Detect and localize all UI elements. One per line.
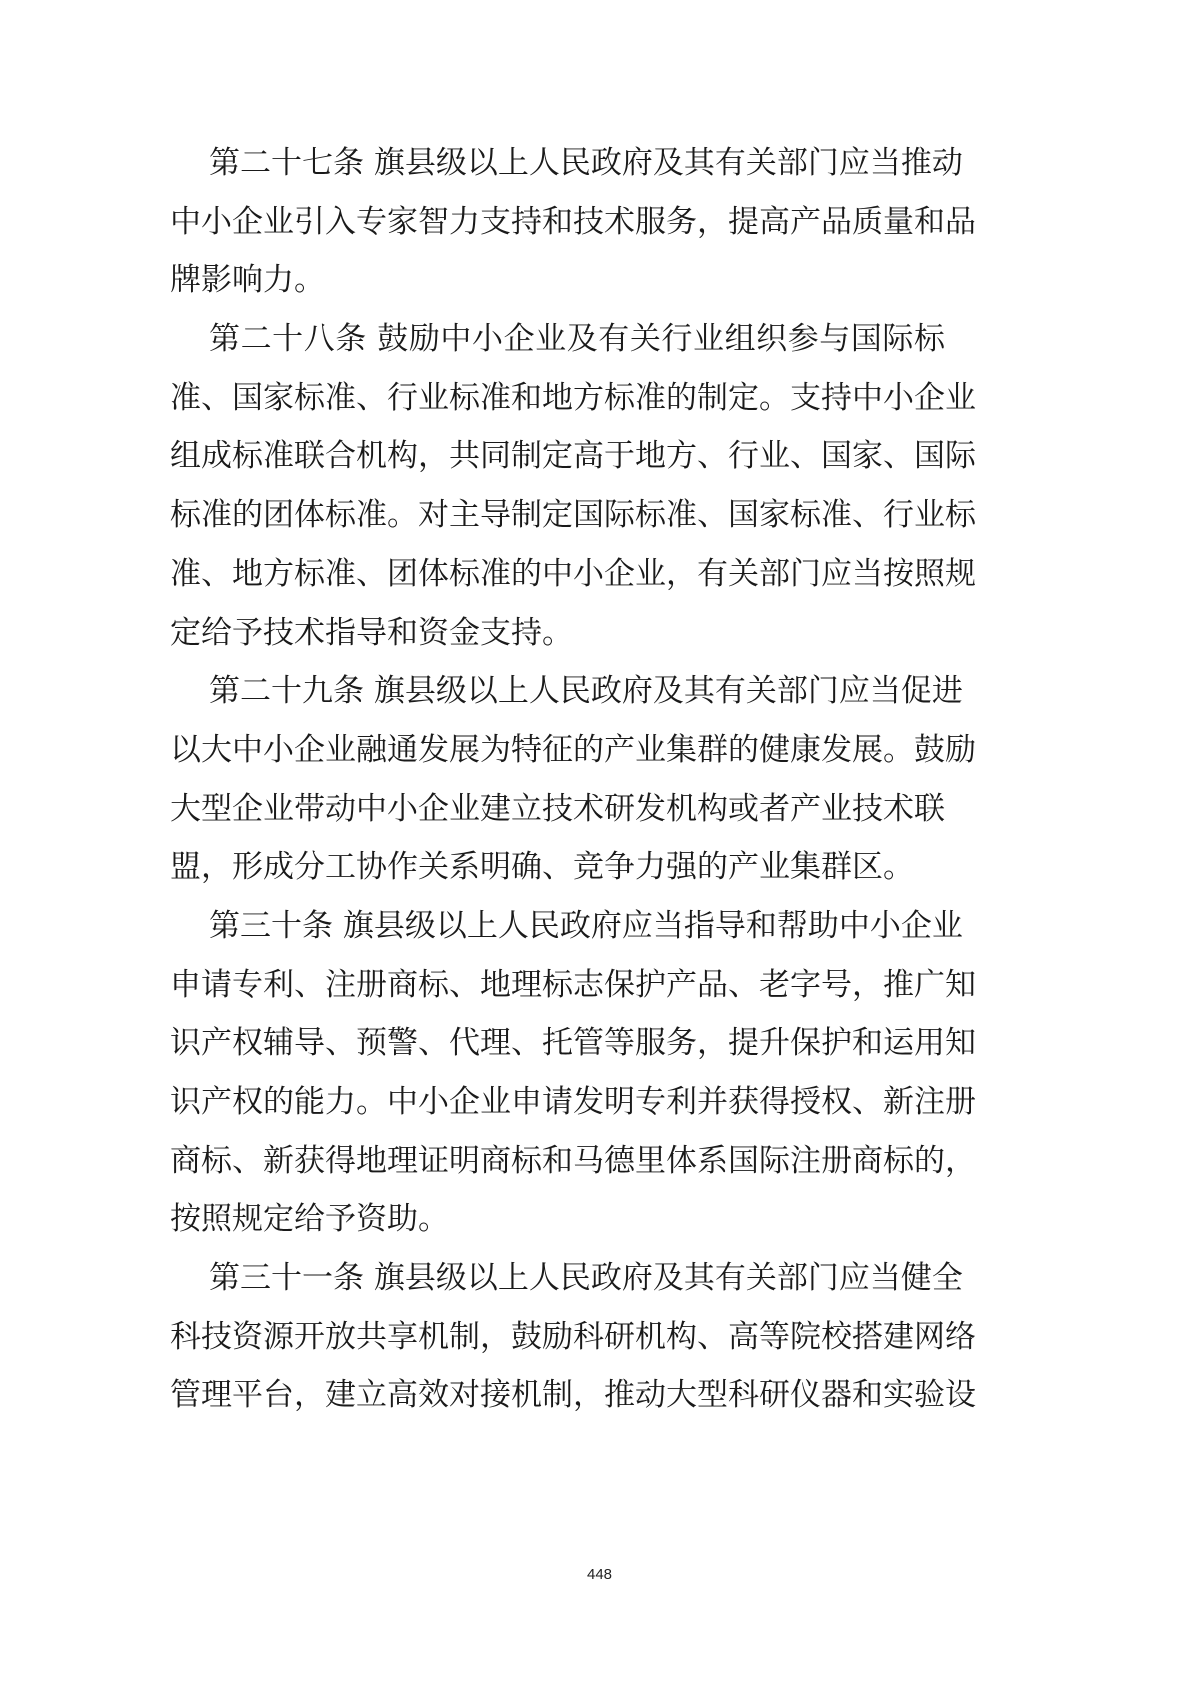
article-29: 第二十九条 旗县级以上人民政府及其有关部门应当促进 以大中小企业融通发展为特征的…: [170, 662, 945, 897]
text-line: 牌影响力。: [170, 251, 945, 310]
text-line: 盟，形成分工协作关系明确、竞争力强的产业集群区。: [170, 838, 945, 897]
text-line: 商标、新获得地理证明商标和马德里体系国际注册商标的，: [170, 1132, 945, 1191]
article-heading-line: 第三十一条 旗县级以上人民政府及其有关部门应当健全: [170, 1249, 945, 1308]
text-line: 准、地方标准、团体标准的中小企业，有关部门应当按照规: [170, 545, 945, 604]
text-line: 大型企业带动中小企业建立技术研发机构或者产业技术联: [170, 780, 945, 839]
article-30: 第三十条 旗县级以上人民政府应当指导和帮助中小企业 申请专利、注册商标、地理标志…: [170, 897, 945, 1249]
article-28: 第二十八条 鼓励中小企业及有关行业组织参与国际标 准、国家标准、行业标准和地方标…: [170, 310, 945, 662]
article-heading-line: 第二十七条 旗县级以上人民政府及其有关部门应当推动: [170, 134, 945, 193]
text-line: 以大中小企业融通发展为特征的产业集群的健康发展。鼓励: [170, 721, 945, 780]
text-line: 申请专利、注册商标、地理标志保护产品、老字号，推广知: [170, 956, 945, 1015]
text-line: 识产权的能力。中小企业申请发明专利并获得授权、新注册: [170, 1073, 945, 1132]
text-line: 中小企业引入专家智力支持和技术服务，提高产品质量和品: [170, 193, 945, 252]
article-heading-line: 第二十九条 旗县级以上人民政府及其有关部门应当促进: [170, 662, 945, 721]
document-page: 第二十七条 旗县级以上人民政府及其有关部门应当推动 中小企业引入专家智力支持和技…: [0, 0, 1199, 1696]
article-31: 第三十一条 旗县级以上人民政府及其有关部门应当健全 科技资源开放共享机制，鼓励科…: [170, 1249, 945, 1425]
text-line: 按照规定给予资助。: [170, 1190, 945, 1249]
text-line: 管理平台，建立高效对接机制，推动大型科研仪器和实验设: [170, 1366, 945, 1425]
text-line: 组成标准联合机构，共同制定高于地方、行业、国家、国际: [170, 427, 945, 486]
text-line: 标准的团体标准。对主导制定国际标准、国家标准、行业标: [170, 486, 945, 545]
text-line: 识产权辅导、预警、代理、托管等服务，提升保护和运用知: [170, 1014, 945, 1073]
article-27: 第二十七条 旗县级以上人民政府及其有关部门应当推动 中小企业引入专家智力支持和技…: [170, 134, 945, 310]
document-body: 第二十七条 旗县级以上人民政府及其有关部门应当推动 中小企业引入专家智力支持和技…: [170, 134, 945, 1425]
text-line: 准、国家标准、行业标准和地方标准的制定。支持中小企业: [170, 369, 945, 428]
article-heading-line: 第三十条 旗县级以上人民政府应当指导和帮助中小企业: [170, 897, 945, 956]
text-line: 定给予技术指导和资金支持。: [170, 604, 945, 663]
page-number: 448: [0, 1566, 1199, 1583]
article-heading-line: 第二十八条 鼓励中小企业及有关行业组织参与国际标: [170, 310, 945, 369]
text-line: 科技资源开放共享机制，鼓励科研机构、高等院校搭建网络: [170, 1308, 945, 1367]
